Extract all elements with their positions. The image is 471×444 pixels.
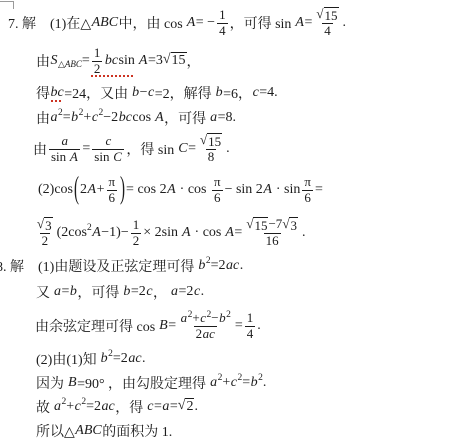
fraction: √154 — [314, 7, 340, 40]
math-text: 15 — [254, 218, 267, 233]
math-text: 由 — [36, 108, 50, 128]
math-text: 3 — [45, 218, 52, 233]
math-text: . — [302, 225, 306, 241]
math-text: = — [82, 53, 90, 69]
radicand: 15 — [324, 7, 339, 24]
numerator: 1 — [131, 218, 142, 233]
math-text: 1 — [247, 310, 254, 325]
math-text: = — [304, 15, 312, 31]
fraction: 12 — [92, 46, 103, 77]
denominator: 16 — [264, 233, 281, 249]
math-text: =2，解得 — [155, 83, 215, 103]
math-variable: b — [215, 85, 223, 101]
sqrt: √15 — [200, 133, 222, 150]
math-line-8: 8. 解 (1)由题设及正弦定理可得 b2=2ac. — [0, 253, 471, 279]
math-document: 7. 解 (1)在△ABC中，由 cos A= −14，可得 sin A=√15… — [0, 0, 471, 443]
math-text: 3 — [290, 218, 297, 233]
math-variable: b — [71, 110, 79, 126]
math-variable: A — [138, 53, 148, 69]
spellcheck-group: bc — [50, 85, 64, 101]
math-text: 16 — [266, 233, 279, 248]
radical-sign-icon: √ — [316, 7, 323, 21]
denominator: 6 — [107, 190, 118, 206]
radicand: 3 — [289, 217, 298, 234]
math-text: −2 — [103, 110, 118, 126]
math-variable: c — [230, 375, 237, 391]
math-text: 故 — [36, 397, 54, 417]
math-variable: c — [148, 85, 155, 101]
math-text: 1 — [133, 217, 140, 232]
math-variable: a — [162, 399, 170, 415]
math-text: . — [194, 399, 198, 415]
math-variable: A — [87, 182, 97, 198]
math-text: = — [62, 284, 70, 300]
math-variable: a — [54, 284, 62, 300]
math-text: 4 — [324, 23, 331, 38]
math-text: ，得 sin — [126, 139, 177, 159]
big-paren: ) — [120, 172, 125, 208]
math-variable: c — [105, 133, 112, 148]
math-text: . — [263, 375, 267, 391]
math-text: cos — [132, 110, 154, 126]
math-variable: c — [193, 284, 200, 300]
denominator: sin C — [92, 149, 124, 165]
math-text: =2 — [86, 399, 101, 415]
math-text: − — [211, 310, 218, 325]
math-text: 8. 解 (1)由题设及正弦定理可得 — [0, 256, 198, 276]
math-line-6: (2)cos(2A+π6)= cos 2A · cos π6− sin 2A ·… — [38, 167, 471, 213]
spellcheck-group: 12bcsin — [90, 46, 135, 77]
fraction: 14 — [245, 311, 256, 342]
math-variable: a — [171, 284, 179, 300]
math-text: =6， — [223, 83, 252, 103]
sqrt: √15 — [316, 7, 338, 24]
math-text: 6 — [304, 190, 311, 205]
math-text: = cos 2 — [126, 182, 167, 198]
math-text: = — [234, 225, 242, 241]
superscript: 2 — [188, 310, 193, 320]
math-text: . — [226, 141, 230, 157]
math-text: − — [140, 85, 148, 101]
sqrt: √15 — [163, 52, 187, 70]
math-text: 15 — [325, 8, 338, 23]
math-variable: a — [54, 399, 62, 415]
math-text: 15 — [208, 134, 221, 149]
math-text: · cos — [176, 182, 210, 198]
math-variable: A — [295, 15, 305, 31]
math-text: 4 — [219, 23, 226, 38]
fraction: √32 — [35, 217, 55, 250]
numerator: π — [212, 175, 223, 190]
denominator: 2 — [92, 61, 103, 77]
math-text: 2 — [186, 399, 193, 414]
math-text: sin — [119, 53, 135, 69]
math-line-1: 7. 解 (1)在△ABC中，由 cos A= −14，可得 sin A=√15… — [8, 4, 471, 42]
radicand: 15 — [207, 133, 222, 150]
denominator: 4 — [245, 326, 256, 342]
math-variable: a — [210, 110, 218, 126]
math-line-12: 因为 B=90° ，由勾股定理得 a2+c2=b2. — [36, 371, 471, 395]
math-text: =24，又由 — [64, 83, 131, 103]
math-text: ，得 — [115, 397, 147, 417]
math-text: 由余弦定理可得 cos — [35, 316, 159, 336]
math-text: 2 — [80, 182, 87, 198]
big-paren: ( — [74, 172, 79, 208]
math-text: 2 — [94, 61, 101, 76]
math-line-7: √32(2cos2A−1)−12× 2sin A · cos A=√15−7√3… — [33, 213, 471, 253]
math-text: . — [343, 15, 347, 31]
math-text: 4 — [247, 326, 254, 341]
math-text: 15 — [172, 53, 186, 68]
math-variable: ac — [202, 326, 215, 341]
spellcheck-wavy-underline — [51, 100, 63, 102]
math-line-11: (2)由(1)知 b2=2ac. — [36, 347, 471, 371]
sqrt: √3 — [37, 217, 53, 234]
radicand: 3 — [44, 217, 53, 234]
math-variable: a — [61, 133, 69, 148]
math-variable: S — [50, 53, 58, 69]
math-text: . — [201, 284, 205, 300]
radical-sign-icon: √ — [246, 217, 253, 231]
math-text: = — [63, 110, 71, 126]
math-text: =3 — [148, 53, 163, 69]
denominator: 2ac — [194, 326, 218, 342]
numerator: √15 — [314, 7, 340, 24]
math-variable: c — [91, 110, 98, 126]
fraction: 12 — [131, 218, 142, 249]
math-variable: A — [92, 225, 102, 241]
math-text: × 2sin — [143, 225, 181, 241]
math-variable: b — [132, 85, 140, 101]
math-variable: c — [147, 399, 154, 415]
fraction: π6 — [302, 175, 313, 206]
radicand: 15 — [171, 52, 187, 70]
numerator: √3 — [35, 217, 55, 234]
math-text: = − — [196, 15, 215, 31]
sqrt: √2 — [178, 398, 195, 416]
math-line-9: 又 a=b，可得 b=2c， a=2c. — [36, 279, 471, 305]
math-text: (2)由(1)知 — [36, 349, 100, 369]
math-variable: b — [219, 310, 227, 325]
math-variable: ABC — [75, 423, 102, 439]
math-text: 的面积为 1. — [102, 421, 172, 441]
denominator: 4 — [322, 23, 333, 39]
math-variable: bc — [118, 110, 132, 126]
math-variable: C — [113, 149, 123, 164]
math-line-2: 由S△ABC=12bcsin A=3√15， — [36, 42, 471, 80]
math-text: =2 — [179, 284, 194, 300]
denominator: 2 — [40, 233, 51, 249]
fraction: csin C — [92, 134, 124, 165]
denominator: 2 — [131, 233, 142, 249]
math-text: 由 — [36, 51, 50, 71]
sqrt: √3 — [282, 217, 298, 234]
math-variable: A — [186, 15, 196, 31]
math-variable: B — [68, 375, 78, 391]
math-text: 8 — [208, 149, 215, 164]
math-text: = — [242, 375, 250, 391]
math-variable: ABC — [91, 15, 118, 31]
math-text: ，可得 sin — [230, 13, 295, 33]
math-text: =2 — [113, 351, 128, 367]
math-text: = — [82, 141, 90, 157]
math-text: π — [304, 174, 311, 189]
superscript: 2 — [207, 310, 212, 320]
fraction: √15−7√316 — [244, 217, 300, 250]
math-text: + — [66, 399, 74, 415]
math-text: − sin 2 — [225, 182, 263, 198]
math-text: 1 — [94, 45, 101, 60]
numerator: √15−7√3 — [244, 217, 300, 234]
fraction: a2+c2−b22ac — [178, 311, 233, 342]
math-variable: c — [200, 310, 207, 325]
math-variable: ac — [225, 258, 239, 274]
radical-sign-icon: √ — [178, 398, 186, 413]
math-variable: b — [69, 284, 77, 300]
math-variable: bc — [50, 85, 64, 101]
math-line-3: 得bc=24，又由 b−c=2，解得 b=6，c=4. — [36, 80, 471, 105]
math-text: sin — [51, 149, 69, 164]
numerator: 1 — [217, 8, 228, 23]
math-variable: b — [250, 375, 258, 391]
math-variable: a — [50, 110, 58, 126]
numerator: a — [59, 134, 71, 149]
numerator: 1 — [92, 46, 103, 61]
math-variable: b — [123, 284, 131, 300]
numerator: a2+c2−b2 — [178, 311, 233, 326]
radical-sign-icon: √ — [163, 52, 171, 67]
math-variable: A — [263, 182, 273, 198]
fraction: asin A — [49, 134, 80, 165]
radical-sign-icon: √ — [282, 217, 289, 231]
math-text: (2)cos — [38, 182, 73, 198]
math-variable: B — [159, 318, 169, 334]
math-text: = — [170, 399, 178, 415]
math-text: ，可得 — [77, 282, 123, 302]
fraction: π6 — [106, 175, 117, 206]
math-line-4: 由a2=b2+c2−2bccos A，可得 a=8. — [36, 105, 471, 131]
superscript: 2 — [226, 310, 231, 320]
math-line-5: 由asin A=csin C，得 sin C=√158. — [33, 131, 471, 167]
math-text: =2 — [211, 258, 226, 274]
numerator: √15 — [198, 133, 224, 150]
page-corner-border — [0, 1, 14, 9]
math-text: 2 — [42, 233, 49, 248]
math-text: =2 — [131, 284, 146, 300]
math-text: . — [240, 258, 244, 274]
math-text: 6 — [214, 190, 221, 205]
denominator: 6 — [302, 190, 313, 206]
math-variable: a — [210, 375, 218, 391]
math-text: ， — [153, 282, 171, 302]
math-text: ， — [187, 51, 201, 71]
math-text: = — [154, 399, 162, 415]
math-variable: A — [225, 225, 235, 241]
fraction: √158 — [198, 133, 224, 166]
denominator: 6 — [212, 190, 223, 206]
math-text: =90° ，由勾股定理得 — [77, 373, 210, 393]
math-text: · cos — [191, 225, 225, 241]
math-line-14: 所以△ABC的面积为 1. — [36, 419, 471, 443]
math-text: 中，由 cos — [119, 13, 187, 33]
math-text: =8. — [218, 110, 236, 126]
math-variable: b — [100, 351, 108, 367]
math-text: 因为 — [36, 373, 68, 393]
numerator: 1 — [245, 311, 256, 326]
math-text: 所以△ — [36, 421, 75, 441]
fraction: π6 — [212, 175, 223, 206]
math-text: =4. — [259, 85, 277, 101]
math-variable: ac — [128, 351, 142, 367]
math-text: 7. 解 (1)在△ — [8, 13, 91, 33]
math-variable: A — [69, 149, 78, 164]
radicand: 15 — [253, 217, 268, 234]
sqrt: √15 — [246, 217, 268, 234]
math-variable: a — [180, 310, 188, 325]
math-text: sin — [94, 149, 112, 164]
math-text: 2 — [133, 233, 140, 248]
numerator: c — [103, 134, 114, 149]
math-text: = — [188, 141, 196, 157]
math-text: = — [168, 318, 176, 334]
math-text: (2cos — [57, 225, 87, 241]
math-variable: A — [155, 110, 165, 126]
spellcheck-wavy-underline — [91, 75, 134, 77]
numerator: π — [106, 175, 117, 190]
numerator: π — [302, 175, 313, 190]
math-variable: c — [252, 85, 259, 101]
math-text: . — [257, 318, 261, 334]
denominator: 4 — [217, 23, 228, 39]
math-text: π — [108, 174, 115, 189]
radical-sign-icon: √ — [37, 217, 44, 231]
math-variable: A — [181, 225, 191, 241]
math-line-13: 故 a2+c2=2ac，得 c=a=√2. — [36, 395, 471, 419]
math-text: + — [83, 110, 91, 126]
math-text: 又 — [36, 282, 54, 302]
math-text: 6 — [109, 190, 116, 205]
math-text: . — [142, 351, 146, 367]
math-variable: c — [74, 399, 81, 415]
radical-sign-icon: √ — [200, 133, 207, 147]
denominator: sin A — [49, 149, 80, 165]
math-variable: C — [178, 141, 188, 157]
math-text: = — [315, 182, 323, 198]
math-variable: ac — [101, 399, 115, 415]
radicand: 2 — [185, 398, 194, 416]
fraction: 14 — [217, 8, 228, 39]
math-text: ，可得 — [164, 108, 210, 128]
math-text: + — [97, 182, 105, 198]
math-text: · sin — [272, 182, 300, 198]
math-variable: A — [167, 182, 177, 198]
math-text: −1)− — [101, 225, 128, 241]
math-text: = — [235, 318, 243, 334]
math-text: + — [192, 310, 199, 325]
math-line-10: 由余弦定理可得 cos B=a2+c2−b22ac=14. — [35, 305, 471, 347]
math-variable: bc — [104, 53, 118, 69]
math-text: 1 — [219, 7, 226, 22]
math-text: −7 — [268, 216, 282, 231]
math-variable: b — [198, 258, 206, 274]
math-variable: c — [146, 284, 153, 300]
denominator: 8 — [206, 149, 217, 165]
math-text: π — [214, 174, 221, 189]
math-text: 得 — [36, 83, 50, 103]
math-text: 由 — [33, 139, 47, 159]
math-text: + — [222, 375, 230, 391]
